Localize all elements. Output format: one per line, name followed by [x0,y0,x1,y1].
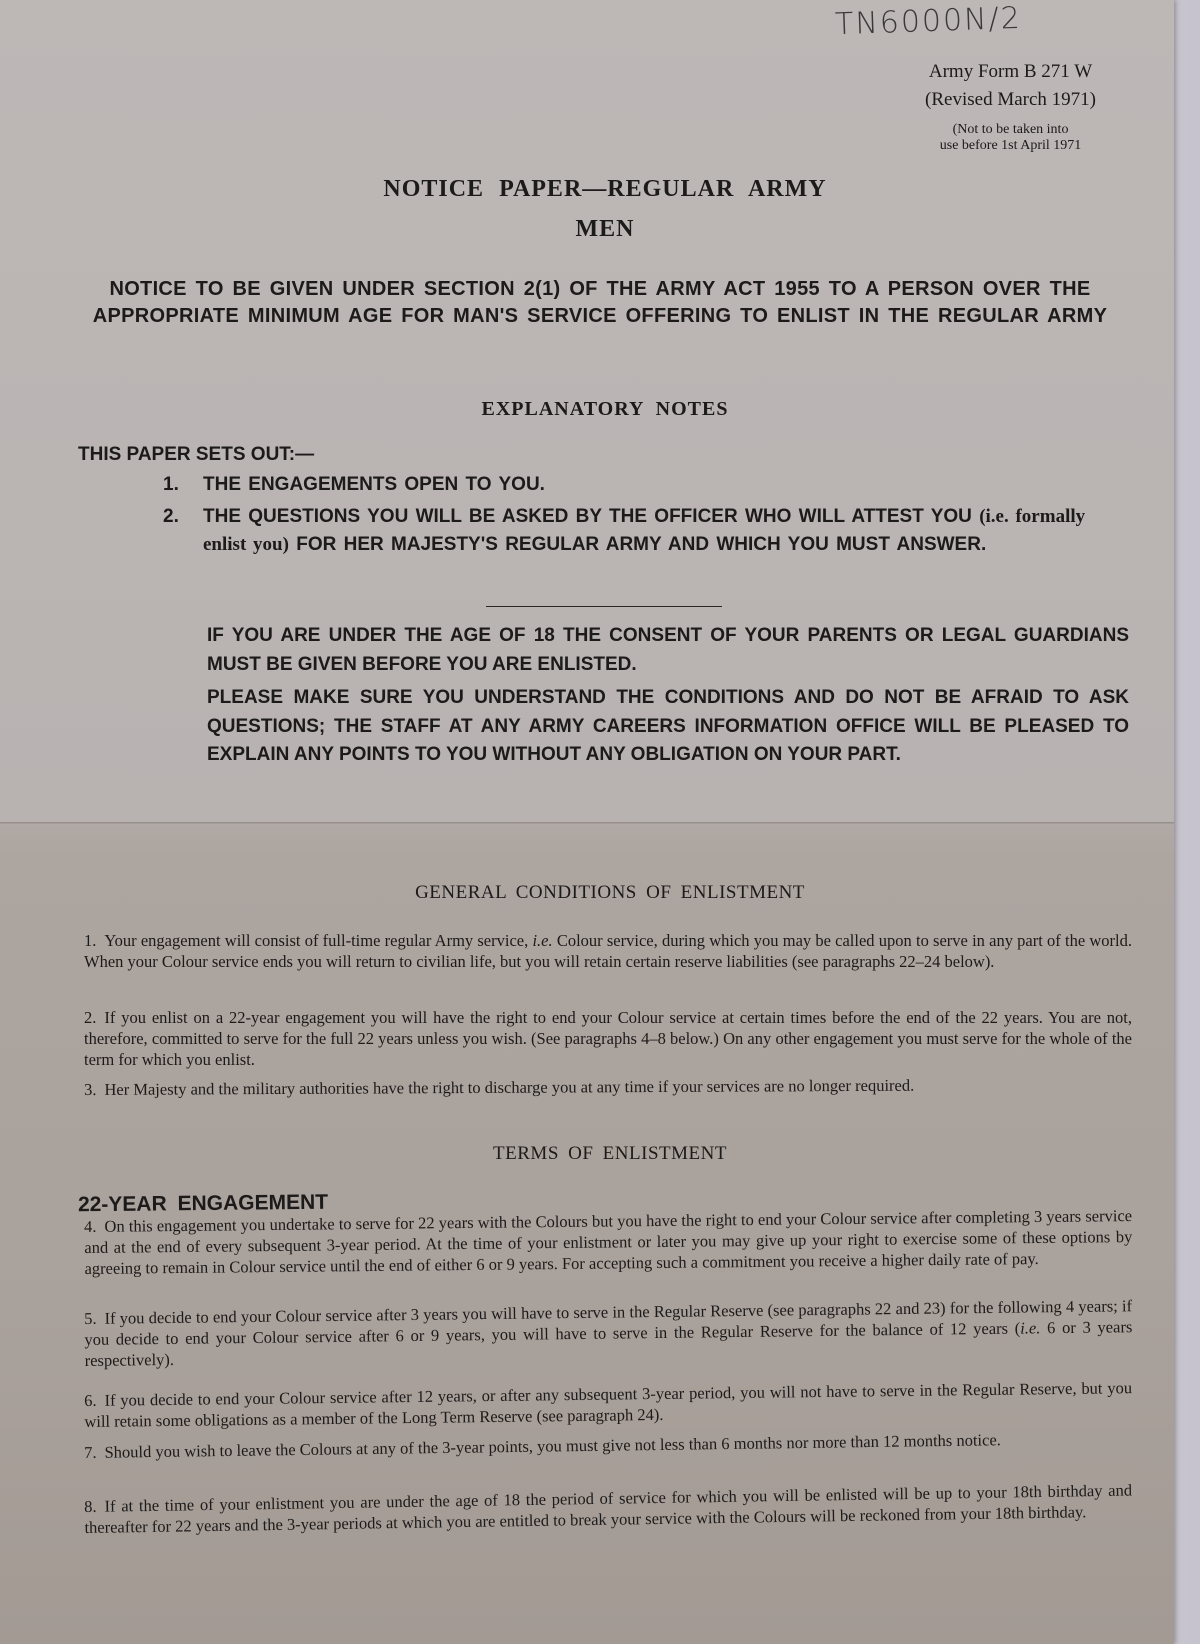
list-item-text-part: FOR HER MAJESTY'S REGULAR ARMY AND WHICH… [289,534,986,555]
age-consent-warning: IF YOU ARE UNDER THE AGE OF 18 THE CONSE… [207,622,1129,679]
list-item-text: THE ENGAGEMENTS OPEN TO YOU. [203,471,1129,499]
paragraph-1: 1.Your engagement will consist of full-t… [84,930,1132,972]
list-item-text-part: THE QUESTIONS YOU WILL BE ASKED BY THE O… [203,506,979,527]
general-conditions-heading: GENERAL CONDITIONS OF ENLISTMENT [0,882,1200,904]
form-use-note-line-1: (Not to be taken into [925,122,1096,138]
paragraph-2: 2.If you enlist on a 22-year engagement … [84,1007,1132,1070]
paragraph-number: 7. [84,1443,97,1462]
explanatory-notes-heading: EXPLANATORY NOTES [0,398,1200,421]
form-reference-block: Army Form B 271 W (Revised March 1971) (… [925,58,1096,154]
paragraph-italic: i.e. [1020,1318,1040,1337]
form-revision: (Revised March 1971) [925,86,1096,114]
paragraph-text: If at the time of your enlistment you ar… [84,1481,1132,1537]
form-use-note-line-2: use before 1st April 1971 [925,138,1096,154]
list-item-text: THE QUESTIONS YOU WILL BE ASKED BY THE O… [203,503,1129,559]
document-title: NOTICE PAPER—REGULAR ARMY [0,176,1200,203]
document-subtitle: MEN [0,216,1200,243]
paragraph-number: 1. [84,931,96,950]
paragraph-text: If you decide to end your Colour service… [84,1296,1132,1349]
list-item: 2. THE QUESTIONS YOU WILL BE ASKED BY TH… [163,503,1129,559]
form-use-note: (Not to be taken into use before 1st Apr… [925,122,1096,154]
divider-rule [486,606,722,607]
paragraph-number: 8. [84,1497,97,1516]
handwritten-reference: TN6000N/2 [834,1,1022,42]
paragraph-6: 6.If you decide to end your Colour servi… [84,1377,1132,1432]
paragraph-text: If you enlist on a 22-year engagement yo… [84,1008,1132,1069]
paragraph-text: Her Majesty and the military authorities… [104,1076,914,1099]
sets-out-intro: THIS PAPER SETS OUT:— [78,444,314,466]
paragraph-text: On this engagement you undertake to serv… [84,1206,1132,1278]
paragraph-text: Your engagement will consist of full-tim… [104,931,532,950]
paragraph-number: 6. [84,1391,97,1410]
list-item-number: 2. [163,503,203,559]
document-page: TN6000N/2 Army Form B 271 W (Revised Mar… [0,0,1174,1644]
paragraph-5: 5.If you decide to end your Colour servi… [84,1295,1133,1371]
paragraph-text: If you decide to end your Colour service… [84,1378,1132,1431]
paragraph-7: 7.Should you wish to leave the Colours a… [84,1427,1132,1463]
form-number: Army Form B 271 W [925,58,1096,86]
paragraph-number: 4. [84,1217,97,1236]
paragraph-italic: i.e. [532,931,552,950]
paragraph-8: 8.If at the time of your enlistment you … [84,1480,1133,1538]
paragraph-text: Should you wish to leave the Colours at … [104,1430,1001,1462]
ask-questions-notice: PLEASE MAKE SURE YOU UNDERSTAND THE COND… [207,684,1129,770]
notice-heading: NOTICE TO BE GIVEN UNDER SECTION 2(1) OF… [72,276,1128,330]
explanatory-list: 1. THE ENGAGEMENTS OPEN TO YOU. 2. THE Q… [163,471,1129,563]
paragraph-number: 5. [84,1309,97,1328]
fold-crease [0,822,1174,825]
paragraph-4: 4.On this engagement you undertake to se… [84,1205,1133,1279]
terms-heading: TERMS OF ENLISTMENT [0,1143,1200,1165]
paragraph-number: 2. [84,1008,96,1027]
list-item: 1. THE ENGAGEMENTS OPEN TO YOU. [163,471,1129,499]
paragraph-number: 3. [84,1080,96,1099]
list-item-number: 1. [163,471,203,499]
paragraph-3: 3.Her Majesty and the military authoriti… [84,1074,1132,1100]
